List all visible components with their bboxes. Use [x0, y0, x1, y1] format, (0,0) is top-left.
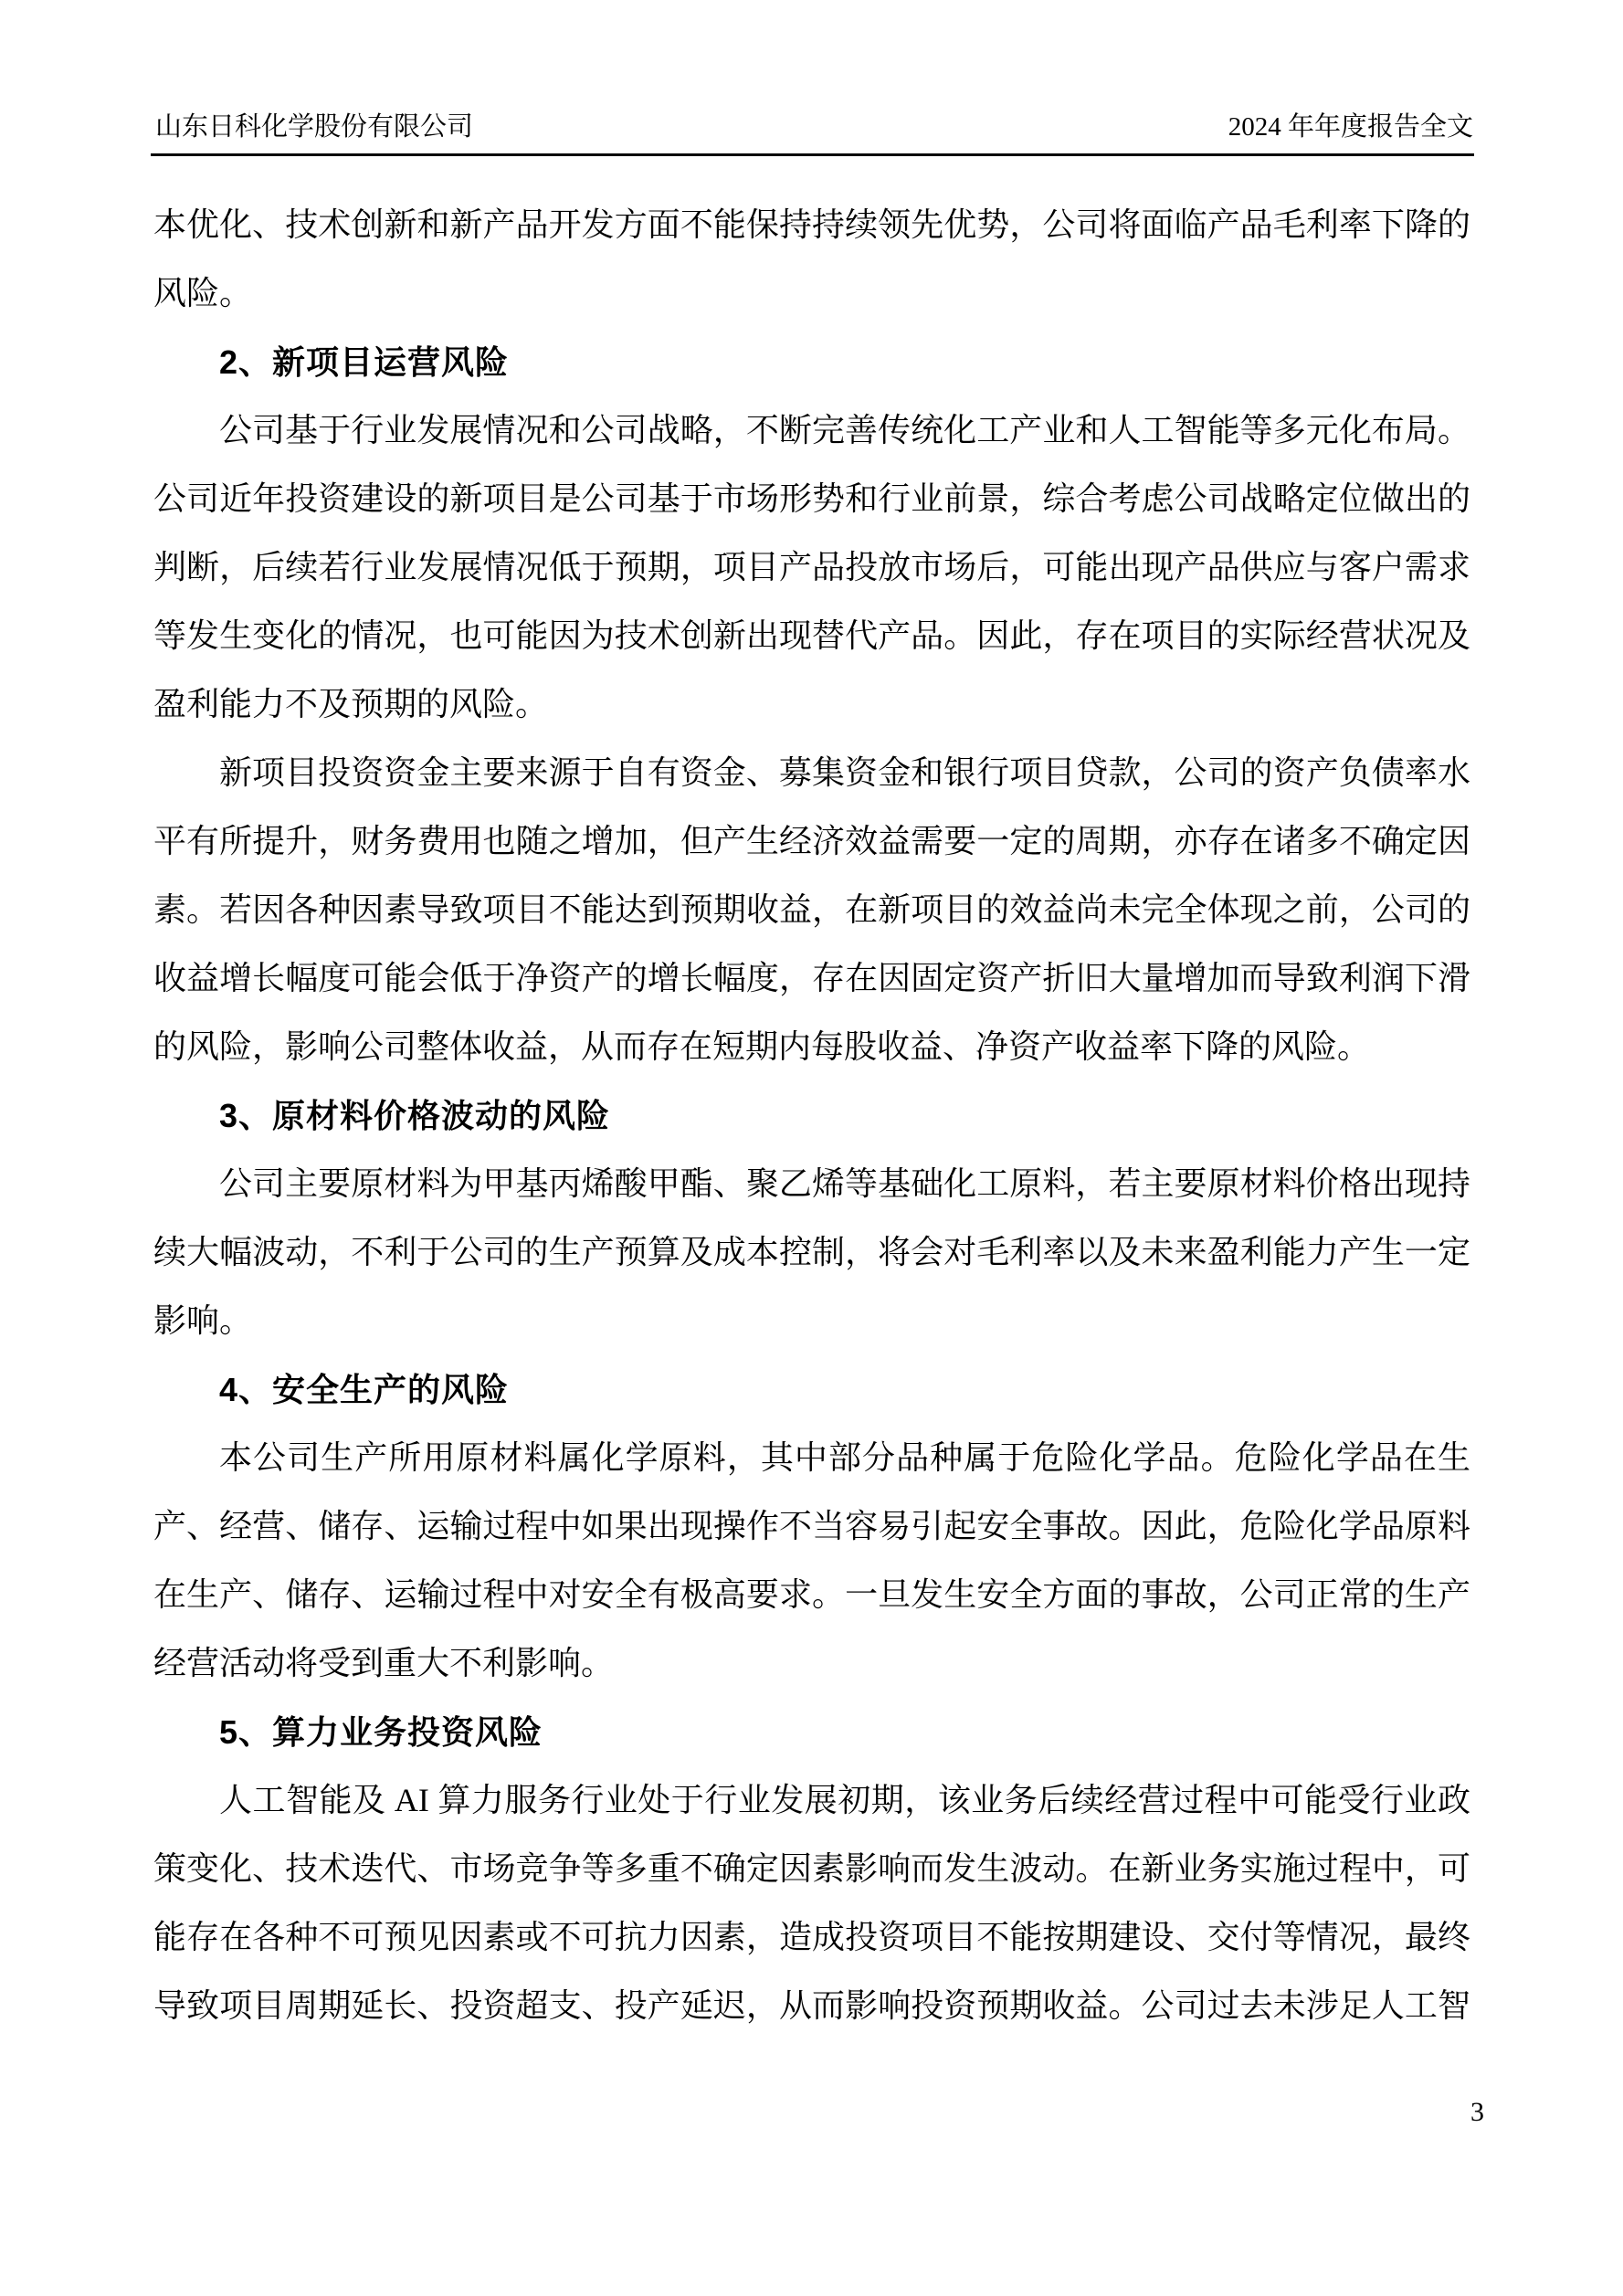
header-rule [151, 153, 1474, 156]
page-header: 山东日科化学股份有限公司 2024 年年度报告全文 [155, 110, 1473, 144]
report-page: 山东日科化学股份有限公司 2024 年年度报告全文 本优化、技术创新和新产品开发… [0, 0, 1623, 2296]
report-title: 2024 年年度报告全文 [1228, 110, 1473, 144]
company-name: 山东日科化学股份有限公司 [155, 110, 473, 144]
body-line: 能存在各种不可预见因素或不可抗力因素，造成投资项目不能按期建设、交付等情况，最终 [153, 1903, 1470, 1972]
section-heading: 4、安全生产的风险 [153, 1355, 1470, 1424]
body-line: 续大幅波动，不利于公司的生产预算及成本控制，将会对毛利率以及未来盈利能力产生一定 [153, 1218, 1470, 1287]
body-line: 产、经营、储存、运输过程中如果出现操作不当容易引起安全事故。因此，危险化学品原料 [153, 1492, 1470, 1561]
body-line: 平有所提升，财务费用也随之增加，但产生经济效益需要一定的周期，亦存在诸多不确定因 [153, 807, 1470, 876]
body-line: 判断，后续若行业发展情况低于预期，项目产品投放市场后，可能出现产品供应与客户需求 [153, 533, 1470, 602]
body-line: 风险。 [153, 259, 1470, 328]
body-line: 人工智能及 AI 算力服务行业处于行业发展初期，该业务后续经营过程中可能受行业政 [153, 1766, 1470, 1835]
section-heading: 2、新项目运营风险 [153, 328, 1470, 396]
body-line: 的风险，影响公司整体收益，从而存在短期内每股收益、净资产收益率下降的风险。 [153, 1013, 1470, 1081]
section-heading: 3、原材料价格波动的风险 [153, 1081, 1470, 1150]
body-line: 公司主要原材料为甲基丙烯酸甲酯、聚乙烯等基础化工原料，若主要原材料价格出现持 [153, 1150, 1470, 1218]
body-line: 经营活动将受到重大不利影响。 [153, 1629, 1470, 1698]
body-line: 等发生变化的情况，也可能因为技术创新出现替代产品。因此，存在项目的实际经营状况及 [153, 602, 1470, 670]
body-line: 收益增长幅度可能会低于净资产的增长幅度，存在因固定资产折旧大量增加而导致利润下滑 [153, 944, 1470, 1013]
body-line: 素。若因各种因素导致项目不能达到预期收益，在新项目的效益尚未完全体现之前，公司的 [153, 876, 1470, 944]
body-line: 盈利能力不及预期的风险。 [153, 670, 1470, 739]
section-heading: 5、算力业务投资风险 [153, 1698, 1470, 1766]
page-number: 3 [1470, 2096, 1484, 2129]
body-line: 本优化、技术创新和新产品开发方面不能保持持续领先优势，公司将面临产品毛利率下降的 [153, 191, 1470, 259]
body-line: 导致项目周期延长、投资超支、投产延迟，从而影响投资预期收益。公司过去未涉足人工智 [153, 1972, 1470, 2040]
body-line: 新项目投资资金主要来源于自有资金、募集资金和银行项目贷款，公司的资产负债率水 [153, 739, 1470, 807]
body-line: 公司近年投资建设的新项目是公司基于市场形势和行业前景，综合考虑公司战略定位做出的 [153, 465, 1470, 533]
body-line: 本公司生产所用原材料属化学原料，其中部分品种属于危险化学品。危险化学品在生 [153, 1424, 1470, 1492]
body-line: 影响。 [153, 1287, 1470, 1355]
body-line: 在生产、储存、运输过程中对安全有极高要求。一旦发生安全方面的事故，公司正常的生产 [153, 1561, 1470, 1629]
body-line: 公司基于行业发展情况和公司战略，不断完善传统化工产业和人工智能等多元化布局。 [153, 396, 1470, 465]
document-body: 本优化、技术创新和新产品开发方面不能保持持续领先优势，公司将面临产品毛利率下降的… [153, 191, 1470, 2040]
body-line: 策变化、技术迭代、市场竞争等多重不确定因素影响而发生波动。在新业务实施过程中，可 [153, 1835, 1470, 1903]
